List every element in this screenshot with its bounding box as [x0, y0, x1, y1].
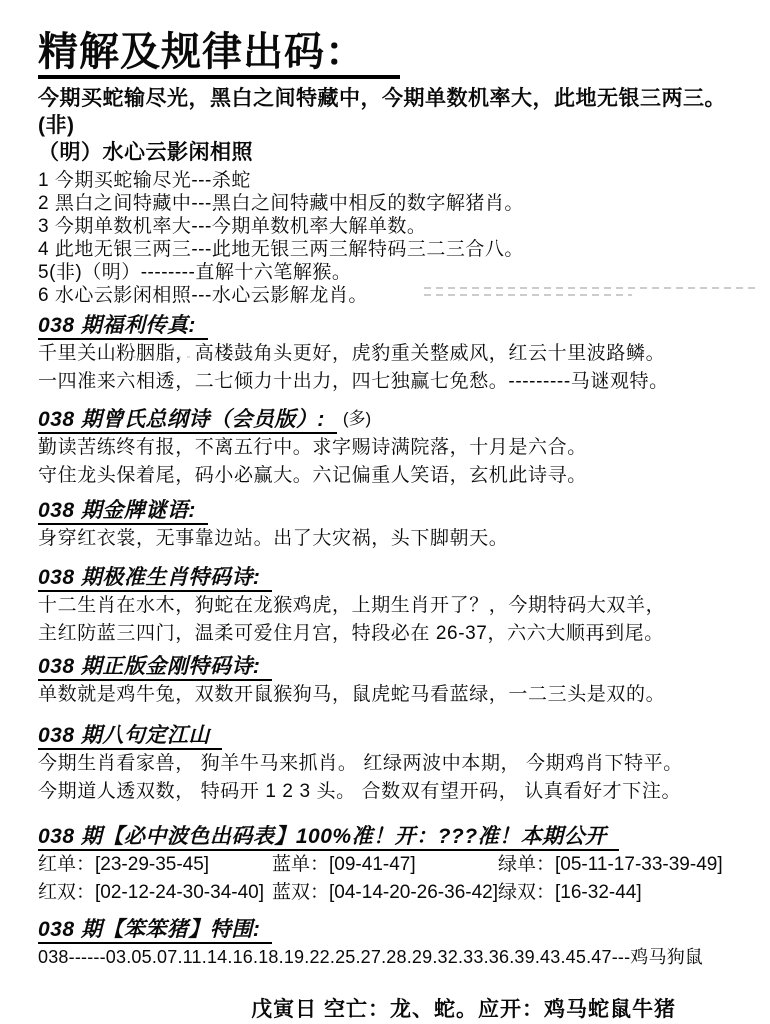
scan-artifact — [424, 287, 760, 301]
wave-label: 红双： — [38, 882, 95, 903]
intro-line: 今期买蛇输尽光，黑白之间特藏中，今期单数机率大，此地无银三两三。(非) — [38, 85, 742, 139]
footer-note: 戊寅日 空亡：龙、蛇。应开：鸡马蛇鼠牛猪 — [38, 993, 742, 1023]
section-line: 十二生肖在水木，狗蛇在龙猴鸡虎，上期生肖开了？，今期特码大双羊， — [38, 592, 742, 620]
wave-cell-blue-even: 蓝双：[04-14-20-26-36-42] — [272, 879, 498, 907]
wave-row: 红单：[23-29-35-45] 蓝单：[09-41-47] 绿单：[05-11… — [38, 851, 742, 879]
wave-label: 红单： — [38, 854, 95, 875]
section-bose-table: 038 期【必中波色出码表】100%准！开：???准！本期公开 红单：[23-2… — [38, 824, 742, 907]
wave-cell-red-odd: 红单：[23-29-35-45] — [38, 851, 272, 879]
section-line: 主红防蓝三四门，温柔可爱住月宫，特段必在 26-37，六六大顺再到尾。 — [38, 620, 742, 648]
section-line: 一四准来六相透，二七倾力十出力，四七独赢七免愁。---------马谜观特。 — [38, 368, 742, 396]
wave-value: [16-32-44] — [555, 882, 642, 903]
section-heading: 038 期曾氏总纲诗（会员版）: — [38, 407, 337, 434]
section-heading: 038 期极准生肖特码诗: — [38, 565, 272, 592]
scan-artifact — [115, 356, 329, 358]
wave-label: 绿双： — [498, 882, 555, 903]
section-jizhun-shengxiao: 038 期极准生肖特码诗: 十二生肖在水木，狗蛇在龙猴鸡虎，上期生肖开了？，今期… — [38, 565, 742, 648]
section-line: 千里关山粉胭脂，高楼鼓角头更好，虎豹重关整威风，红云十里波路鳞。 — [38, 340, 742, 368]
rule-item: 3 今期单数机率大---今期单数机率大解单数。 — [38, 215, 742, 238]
rule-item: 2 黑白之间特藏中---黑白之间特藏中相反的数字解猪肖。 — [38, 192, 742, 215]
section-heading: 038 期正版金刚特码诗: — [38, 654, 272, 681]
section-line: 守住龙头保着尾，码小必赢大。六记偏重人笑语，玄机此诗寻。 — [38, 462, 742, 490]
wave-label: 蓝双： — [272, 882, 329, 903]
section-jingang-tema: 038 期正版金刚特码诗: 单数就是鸡牛兔，双数开鼠猴狗马，鼠虎蛇马看蓝绿，一二… — [38, 654, 742, 709]
section-line: 今期道人透双数， 特码开 1 2 3 头。 合数双有望开码， 认真看好才下注。 — [38, 778, 742, 806]
section-line: 勤读苦练终有报，不离五行中。求字赐诗满院落，十月是六合。 — [38, 434, 742, 462]
section-zengshi-zonggang: 038 期曾氏总纲诗（会员版）:(多) 勤读苦练终有报，不离五行中。求字赐诗满院… — [38, 404, 742, 490]
intro-line: （明）水心云影闲相照 — [38, 139, 742, 166]
wave-label: 绿单： — [498, 854, 555, 875]
wave-value: [23-29-35-45] — [95, 854, 209, 875]
wave-cell-red-even: 红双：[02-12-24-30-34-40] — [38, 879, 272, 907]
scan-artifact-line — [424, 287, 760, 289]
section-heading-note: (多) — [343, 409, 371, 428]
section-heading: 038 期【笨笨猪】特围: — [38, 917, 272, 944]
tewei-numbers-line: 038------03.05.07.11.14.16.18.19.22.25.2… — [38, 944, 742, 971]
wave-value: [02-12-24-30-34-40] — [95, 882, 264, 903]
intro-verse: 今期买蛇输尽光，黑白之间特藏中，今期单数机率大，此地无银三两三。(非) （明）水… — [38, 85, 742, 166]
wave-value: [09-41-47] — [329, 854, 416, 875]
wave-cell-green-even: 绿双：[16-32-44] — [498, 879, 742, 907]
section-line: 单数就是鸡牛兔，双数开鼠猴狗马，鼠虎蛇马看蓝绿，一二三头是双的。 — [38, 681, 742, 709]
rule-item: 5(非)（明）--------直解十六笔解猴。 — [38, 261, 742, 284]
section-heading: 038 期八句定江山 — [38, 723, 222, 750]
wave-cell-blue-odd: 蓝单：[09-41-47] — [272, 851, 498, 879]
scan-artifact-line — [424, 294, 632, 296]
section-heading: 038 期金牌谜语: — [38, 498, 208, 525]
section-line: 身穿红衣裳，无事靠边站。出了大灾祸，头下脚朝天。 — [38, 525, 742, 553]
wave-label: 蓝单： — [272, 854, 329, 875]
tip-sheet-page: 精解及规律出码： 今期买蛇输尽光，黑白之间特藏中，今期单数机率大，此地无银三两三… — [0, 0, 770, 1023]
rule-item: 1 今期买蛇输尽光---杀蛇 — [38, 169, 742, 192]
wave-value: [05-11-17-33-39-49] — [555, 854, 723, 875]
rule-item: 4 此地无银三两三---此地无银三两三解特码三二三合八。 — [38, 238, 742, 261]
section-heading: 038 期【必中波色出码表】100%准！开：???准！本期公开 — [38, 824, 619, 851]
section-fuli-chuanzhen: 038 期福利传真: 千里关山粉胭脂，高楼鼓角头更好，虎豹重关整威风，红云十里波… — [38, 313, 742, 396]
section-jinpai-miyu: 038 期金牌谜语: 身穿红衣裳，无事靠边站。出了大灾祸，头下脚朝天。 — [38, 498, 742, 553]
section-line: 今期生肖看家兽， 狗羊牛马来抓肖。 红绿两波中本期， 今期鸡肖下特平。 — [38, 750, 742, 778]
section-heading: 038 期福利传真: — [38, 313, 208, 340]
wave-value: [04-14-20-26-36-42] — [329, 882, 498, 903]
page-title: 精解及规律出码： — [38, 30, 400, 79]
wave-cell-green-odd: 绿单：[05-11-17-33-39-49] — [498, 851, 742, 879]
section-benbenzhu-tewei: 038 期【笨笨猪】特围: 038------03.05.07.11.14.16… — [38, 917, 742, 971]
wave-row: 红双：[02-12-24-30-34-40] 蓝双：[04-14-20-26-3… — [38, 879, 742, 907]
section-baju-dingjiangshan: 038 期八句定江山 今期生肖看家兽， 狗羊牛马来抓肖。 红绿两波中本期， 今期… — [38, 723, 742, 806]
